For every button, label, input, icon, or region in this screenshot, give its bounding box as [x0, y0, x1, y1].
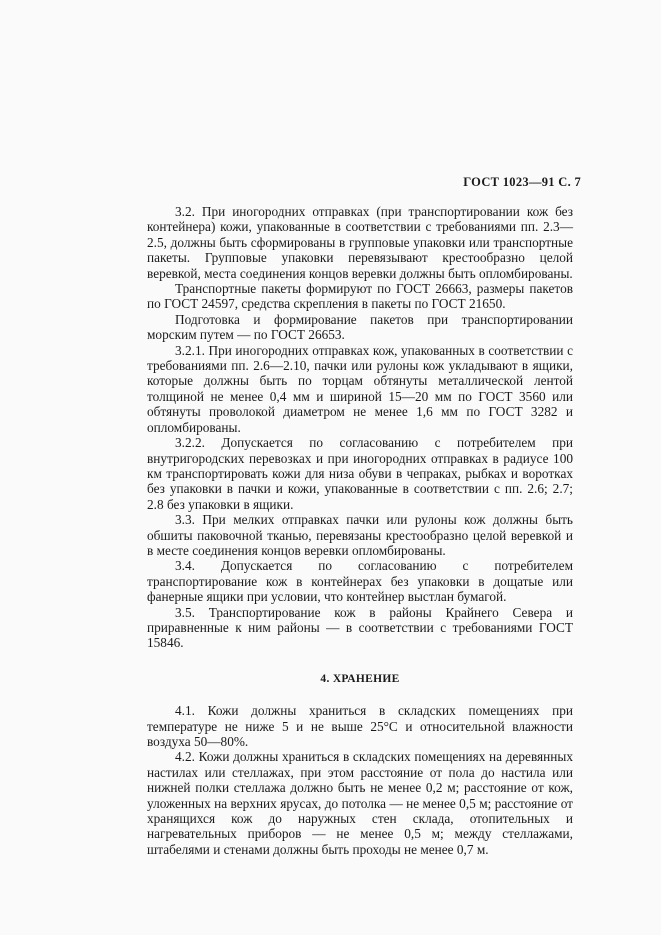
running-header: ГОСТ 1023—91 С. 7: [463, 175, 581, 190]
document-body: 3.2. При иногородних отправках (при тран…: [147, 204, 573, 857]
paragraph-4-1: 4.1. Кожи должны храниться в складских п…: [147, 703, 573, 749]
paragraph-3-2-2: 3.2.2. Допускается по согласованию с пот…: [147, 435, 573, 512]
paragraph-transport-packages: Транспортные пакеты формируют по ГОСТ 26…: [147, 281, 573, 312]
section-title-storage: 4. ХРАНЕНИЕ: [147, 672, 573, 687]
paragraph-3-2: 3.2. При иногородних отправках (при тран…: [147, 204, 573, 281]
paragraph-4-2: 4.2. Кожи должны храниться в складских п…: [147, 749, 573, 857]
paragraph-sea-transport: Подготовка и формирование пакетов при тр…: [147, 312, 573, 343]
paragraph-3-5: 3.5. Транспортирование кож в районы Край…: [147, 605, 573, 651]
paragraph-3-3: 3.3. При мелких отправках пачки или руло…: [147, 512, 573, 558]
paragraph-3-4: 3.4. Допускается по согласованию с потре…: [147, 558, 573, 604]
paragraph-3-2-1: 3.2.1. При иногородних отправках кож, уп…: [147, 343, 573, 435]
